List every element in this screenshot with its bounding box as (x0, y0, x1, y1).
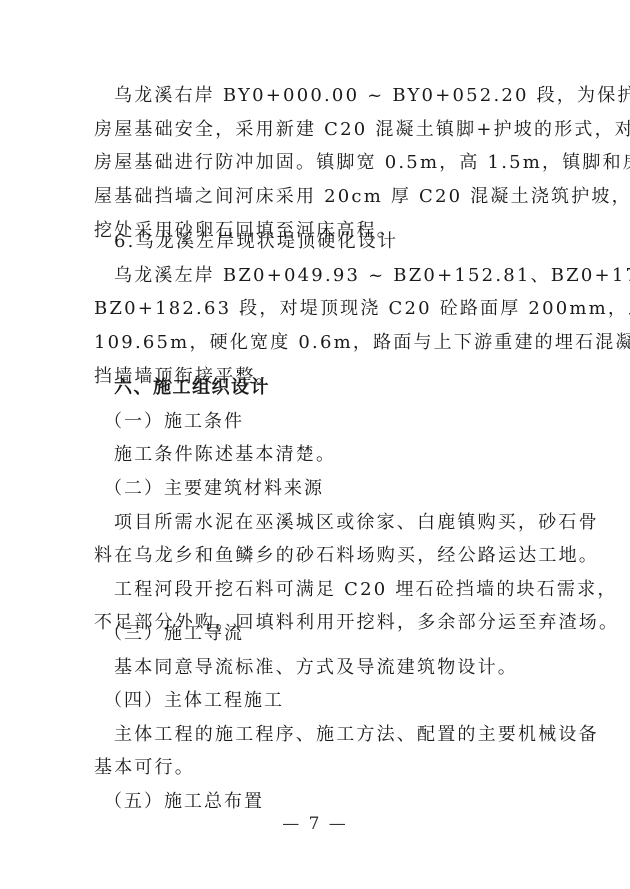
paragraph-line: 基本同意导流标准、方式及导流建筑物设计。 (114, 657, 554, 679)
subsection-heading: （五）施工总布置 (104, 791, 544, 813)
subsection-heading: （一）施工条件 (104, 411, 544, 433)
paragraph-line: 料在乌龙乡和鱼鳞乡的砂石料场购买，经公路运达工地。 (94, 545, 534, 567)
paragraph-line: 房屋基础进行防冲加固。镇脚宽 0.5m，高 1.5m，镇脚和房 (94, 152, 532, 174)
paragraph-line: 房屋基础安全，采用新建 C20 混凝土镇脚+护坡的形式，对 (94, 119, 532, 141)
item-heading: 6.乌龙溪左岸现状堤顶硬化设计 (114, 231, 554, 253)
subsection-heading: （四）主体工程施工 (104, 690, 544, 712)
paragraph-line: 乌龙溪右岸 BY0+000.00 ~ BY0+052.20 段，为保护堤顶 (114, 85, 532, 107)
section-heading: 六、施工组织设计 (114, 377, 554, 399)
paragraph-line: 主体工程的施工程序、施工方法、配置的主要机械设备 (114, 724, 532, 746)
paragraph-line: 施工条件陈述基本清楚。 (114, 444, 554, 466)
paragraph-line: 项目所需水泥在巫溪城区或徐家、白鹿镇购买，砂石骨 (114, 512, 532, 534)
document-page: 乌龙溪右岸 BY0+000.00 ~ BY0+052.20 段，为保护堤顶 房屋… (0, 0, 630, 889)
page-number: — 7 — (0, 814, 630, 834)
paragraph-line: BZ0+182.63 段，对堤顶现浇 C20 砼路面厚 200mm，总长 (94, 298, 532, 320)
paragraph-line: 工程河段开挖石料可满足 C20 埋石砼挡墙的块石需求， (114, 579, 532, 601)
subsection-heading: （二）主要建筑材料来源 (104, 478, 544, 500)
paragraph-line: 109.65m，硬化宽度 0.6m，路面与上下游重建的埋石混凝土 (94, 332, 532, 354)
paragraph-line: 乌龙溪左岸 BZ0+049.93 ~ BZ0+152.81、BZ0+175.86… (114, 265, 532, 287)
paragraph-line: 屋基础挡墙之间河床采用 20cm 厚 C20 混凝土浇筑护坡，开 (94, 186, 532, 208)
subsection-heading: （三）施工导流 (104, 623, 544, 645)
paragraph-line: 基本可行。 (94, 757, 534, 779)
